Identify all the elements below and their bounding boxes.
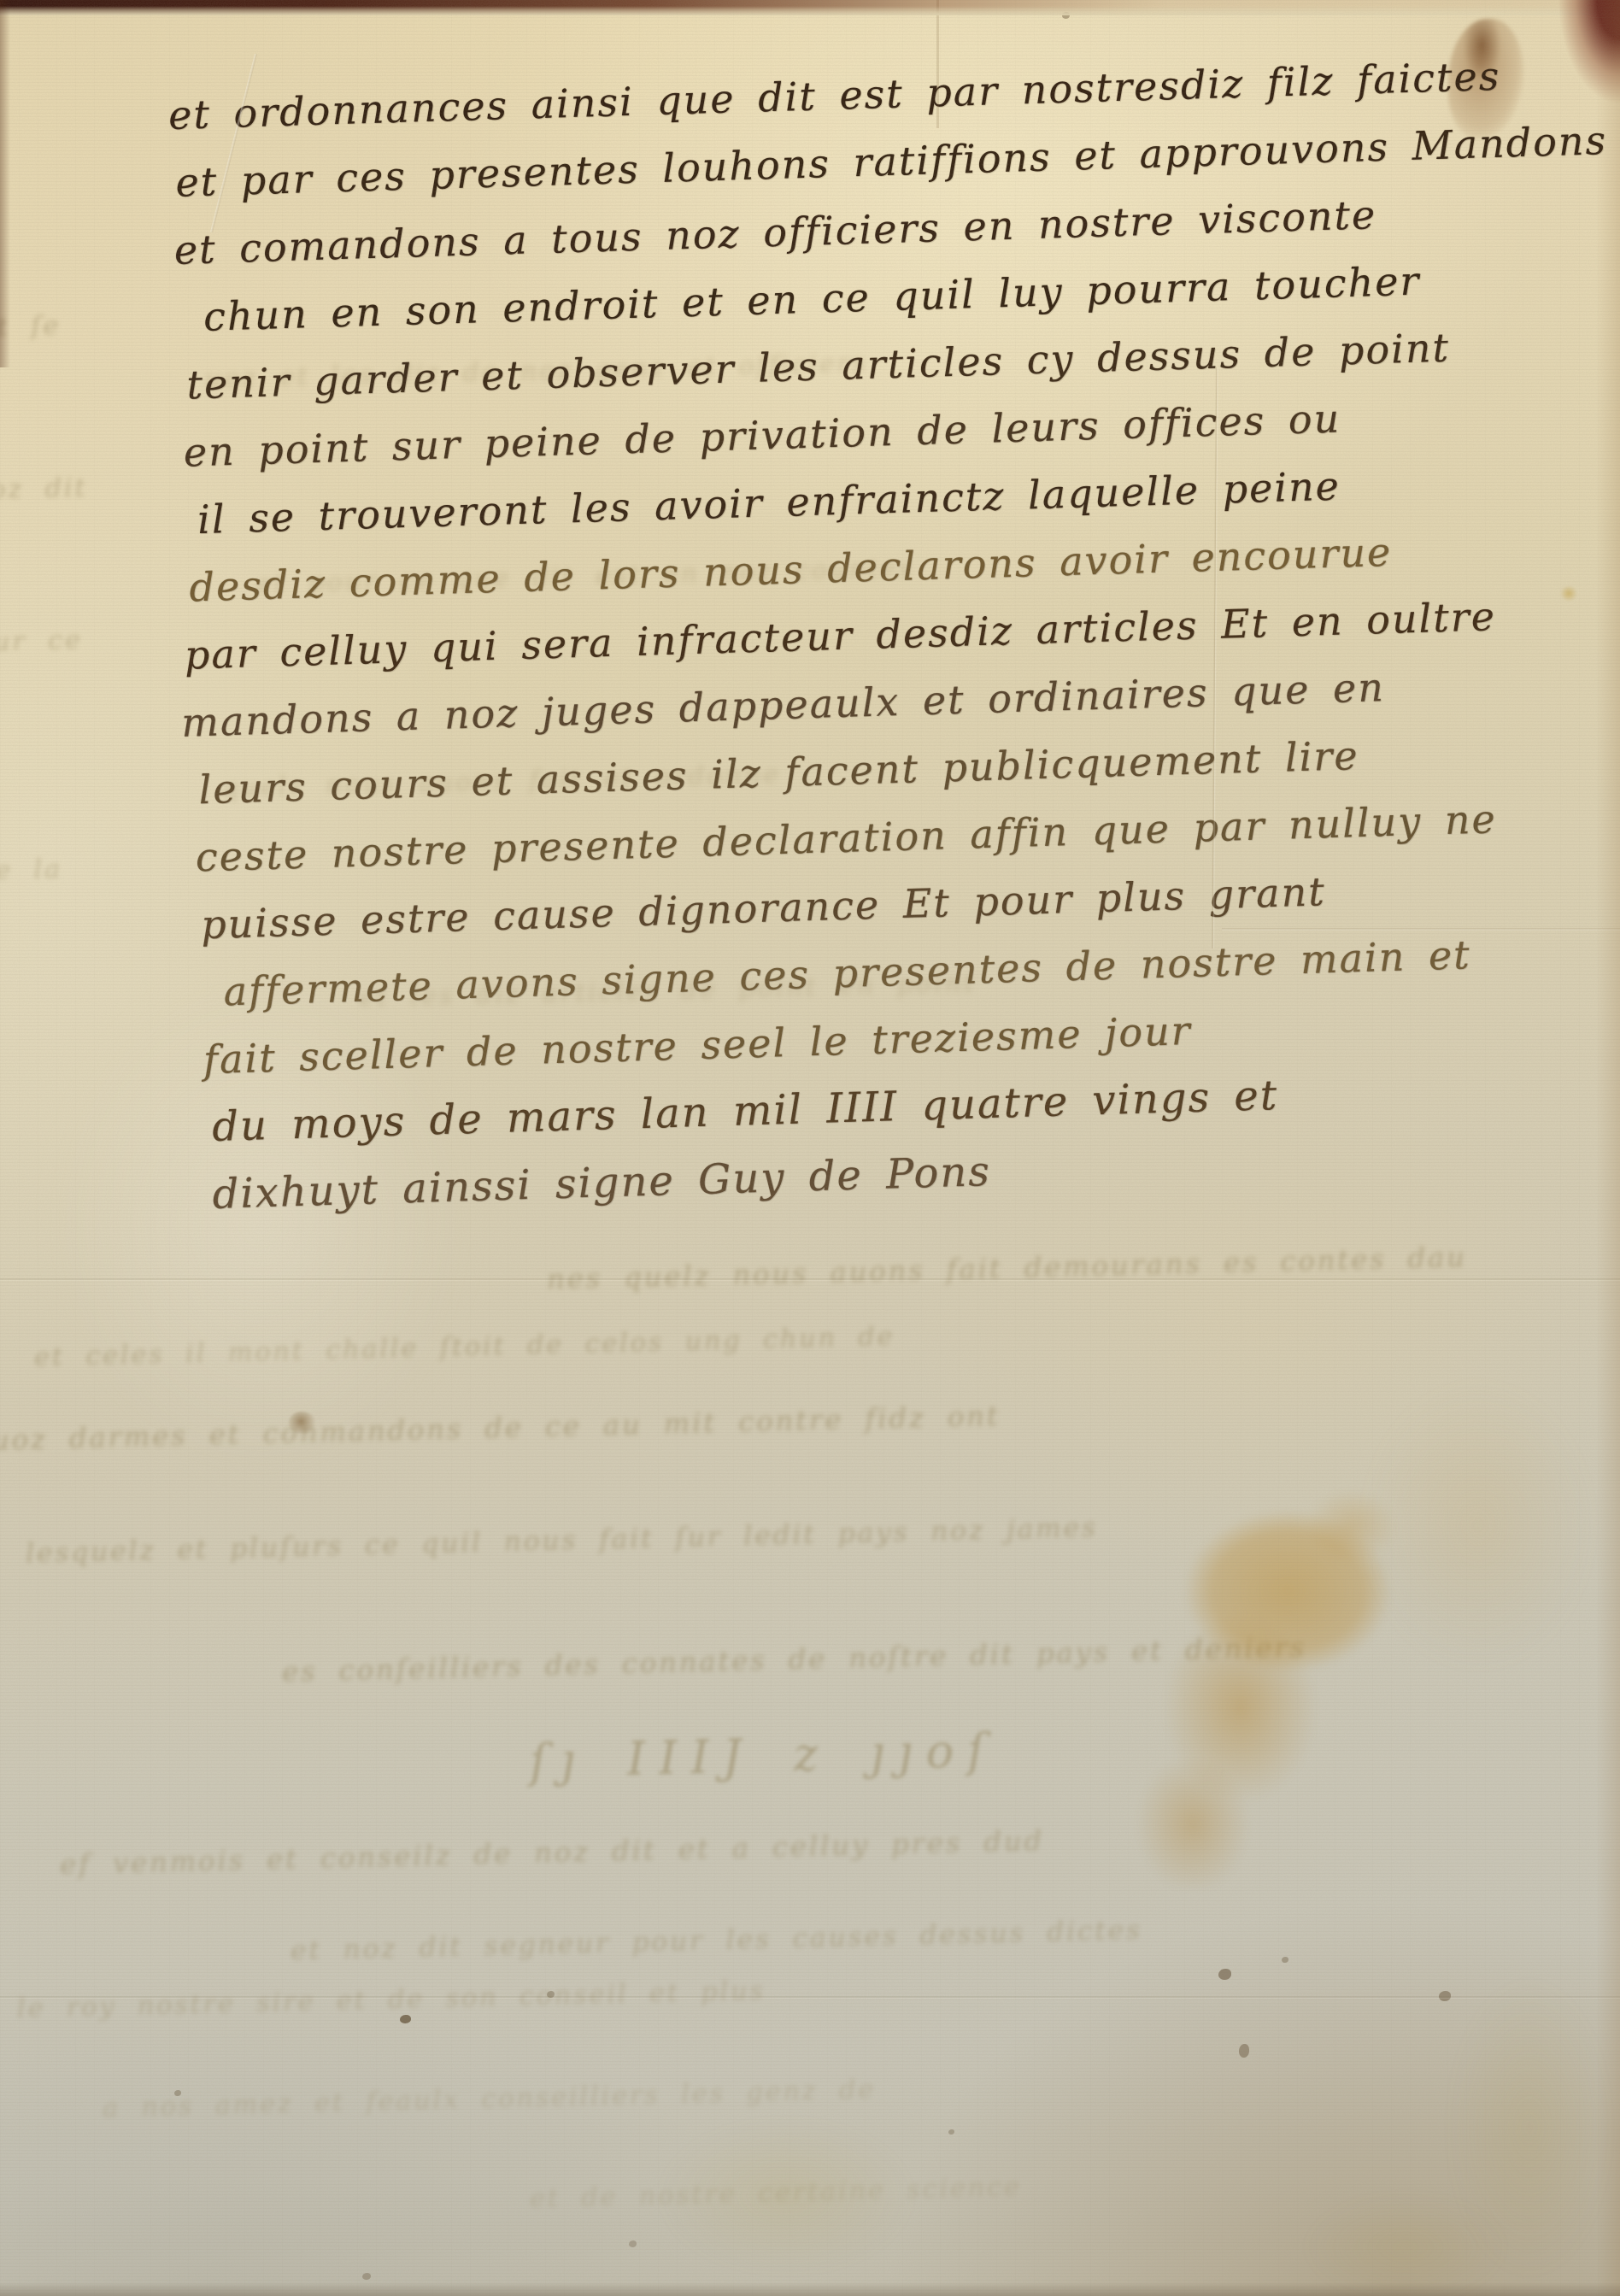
- faint-stain: [1307, 2196, 1504, 2296]
- show-through-line: a nos amez et feaulx conseilliers les ge…: [103, 2077, 877, 2122]
- manuscript-photo: et ſe noz dit ſur ce de la nes quelz nou…: [0, 0, 1620, 2296]
- fold-crease-vertical: [936, 0, 939, 128]
- show-through-line: et ſe: [0, 314, 62, 341]
- show-through-line: et noz dit segneur pour les causes dessu…: [291, 1917, 1143, 1964]
- show-through-line: de la: [0, 857, 62, 884]
- show-through-line: ſur ce: [0, 628, 83, 656]
- fold-crease-horizontal: [1222, 928, 1620, 931]
- show-through-numerals: ſȷ IIIJ z ȷȷoſ: [529, 1727, 998, 1784]
- show-through-line: noz dit: [0, 475, 88, 503]
- paper-speck: [948, 2129, 954, 2135]
- paper-speck: [362, 2273, 371, 2280]
- faint-stain: [658, 2119, 914, 2273]
- ink-spot: [289, 1412, 316, 1434]
- paper-speck: [1282, 1957, 1288, 1963]
- water-stain-large: [1124, 1487, 1440, 1888]
- fold-crease-horizontal: [0, 1996, 1620, 1998]
- fold-crease-horizontal: [0, 1278, 1620, 1280]
- show-through-line: lesquelz et pluſurs ce quil nous fait ſu…: [26, 1515, 1098, 1568]
- paper-speck: [400, 2015, 411, 2023]
- paper-speck: [174, 2090, 181, 2096]
- show-through-line: nes quelz nous auons fait demourans es c…: [547, 1243, 1467, 1293]
- manuscript-text-block: et ordonnances ainsi que dit est par nos…: [167, 40, 1619, 1230]
- paper-speck: [629, 2240, 637, 2247]
- paper-speck: [1239, 2044, 1249, 2058]
- paper-speck: [1218, 1969, 1231, 1980]
- binding-edge-top: [0, 0, 1620, 15]
- show-through-line: le roy nostre sire et de son conseil et …: [17, 1978, 766, 2022]
- paper-speck: [1062, 12, 1070, 19]
- show-through-line: ef venmois et conseilz de noz dit et a c…: [60, 1827, 1045, 1878]
